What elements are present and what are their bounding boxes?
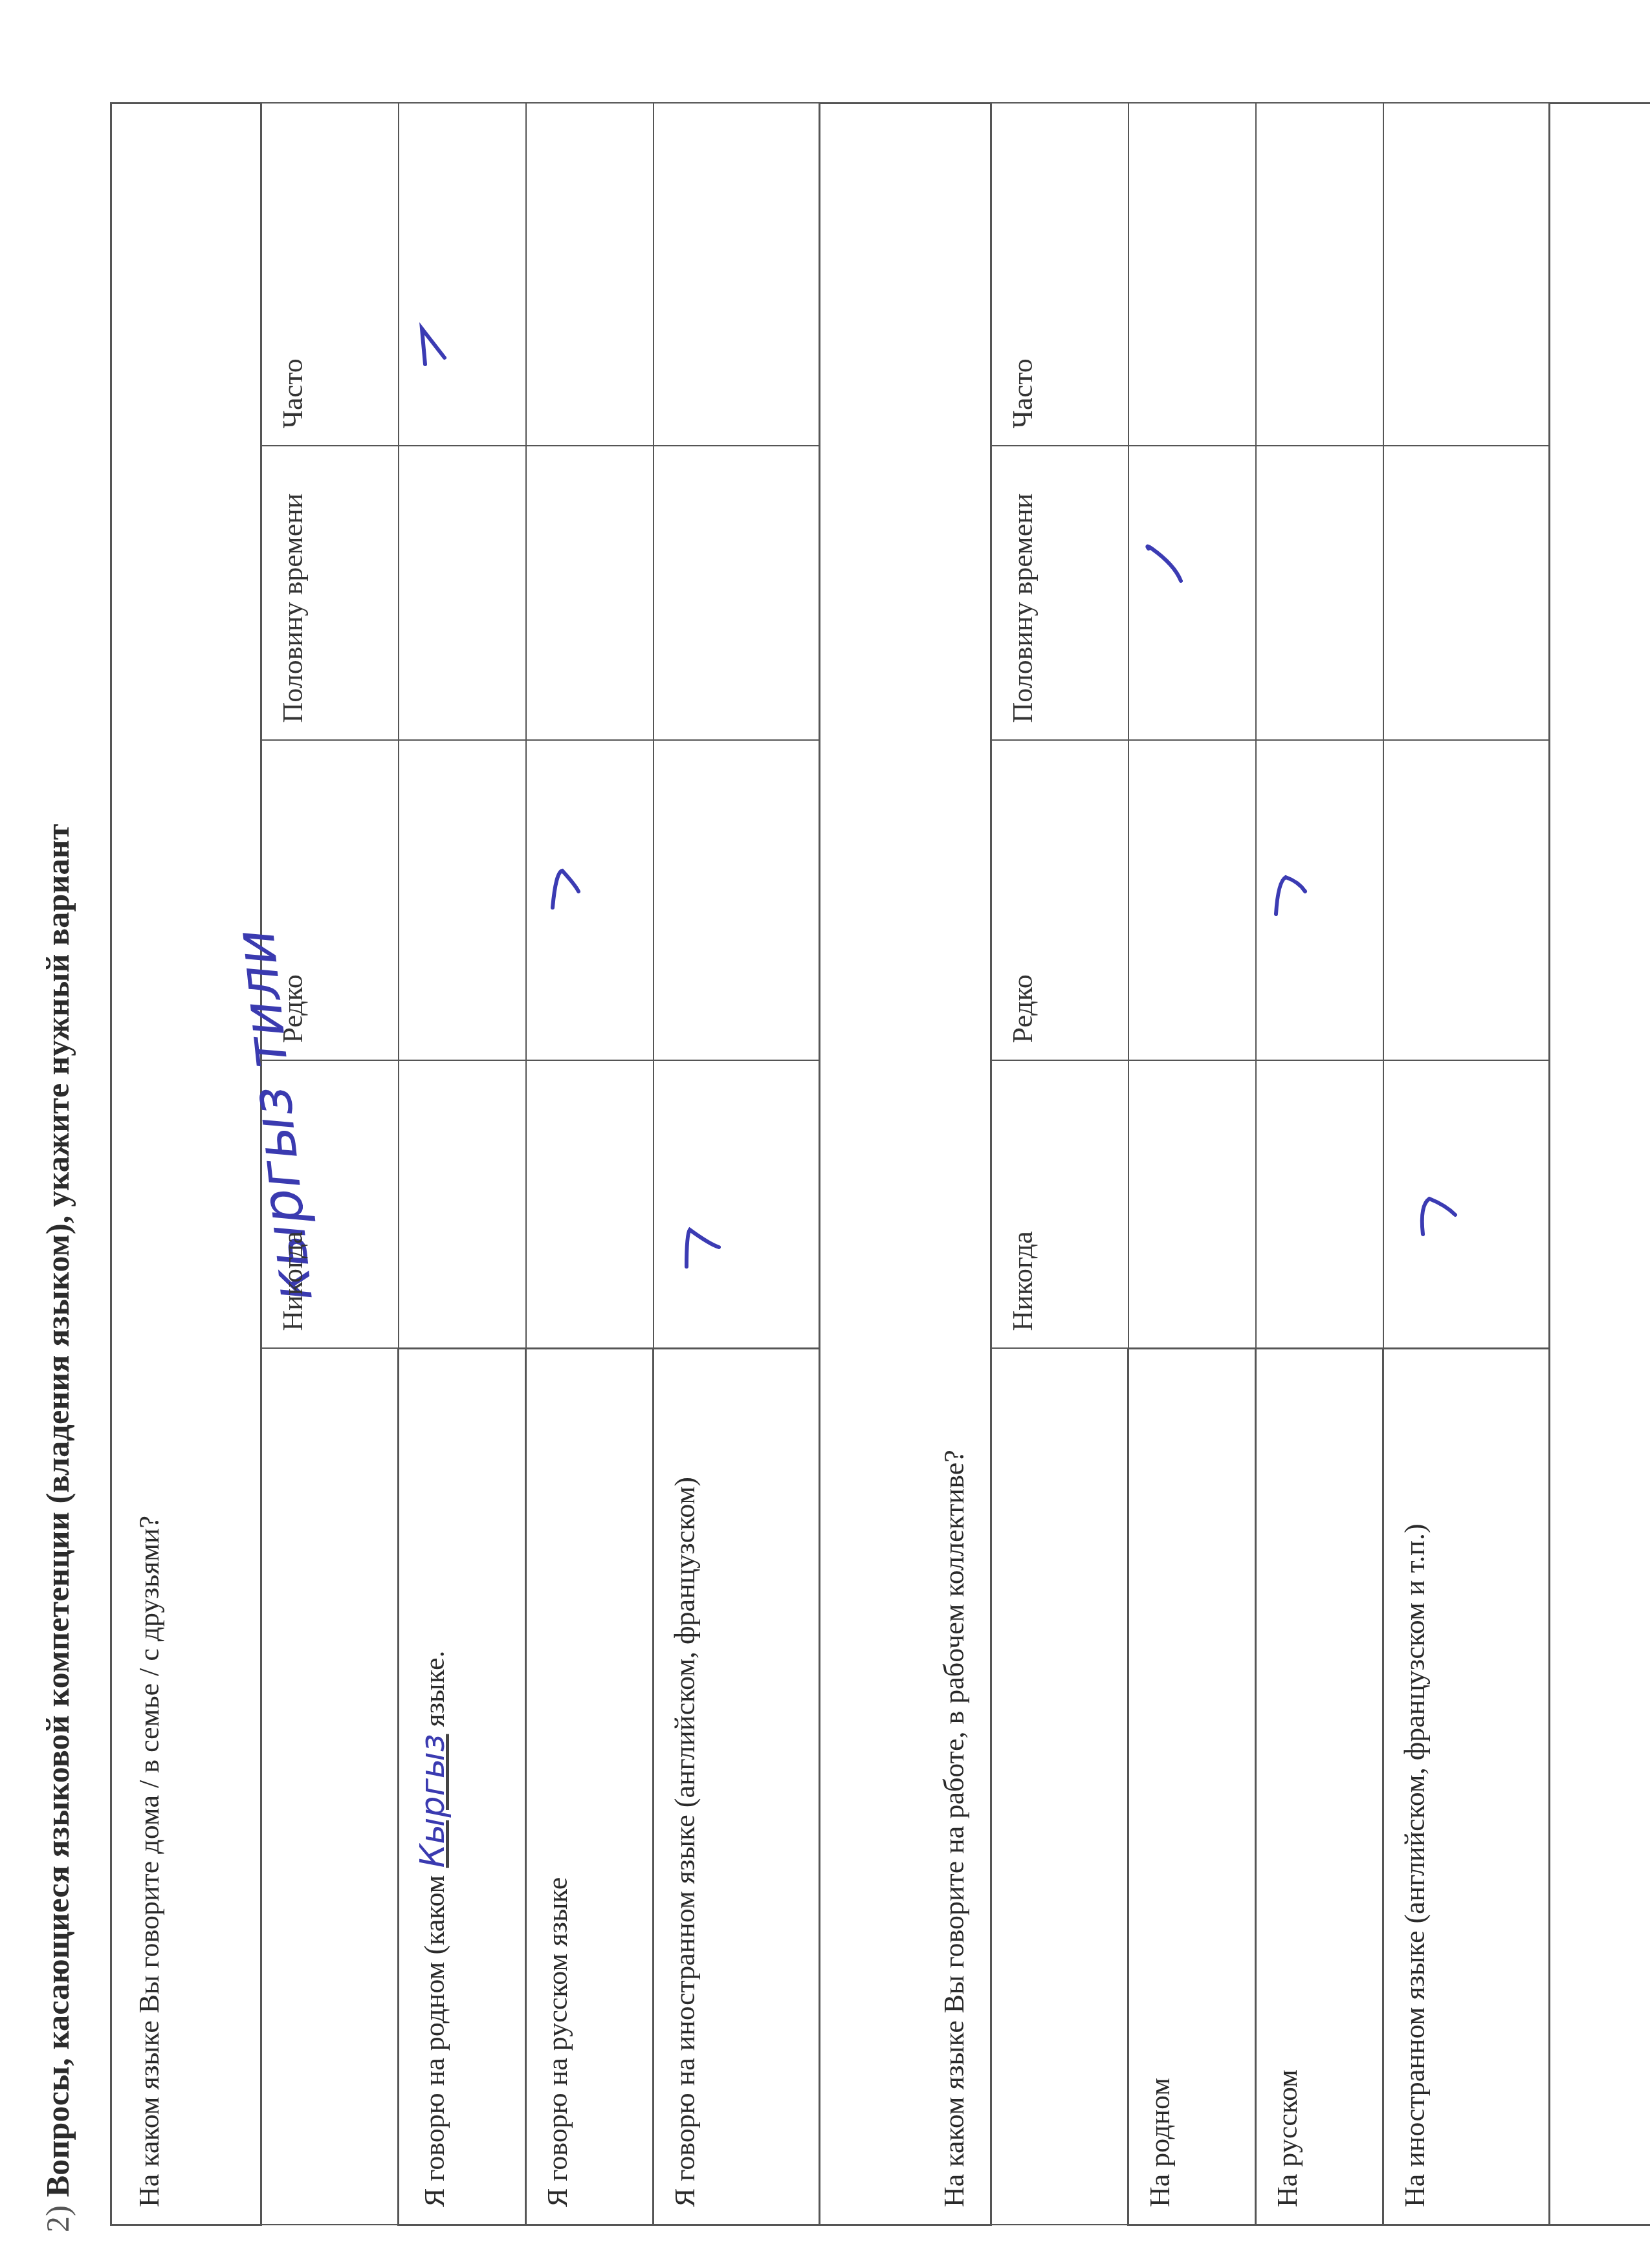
q1-foreign-rarely[interactable] [654, 741, 820, 1061]
language-competence-table: На каком языке Вы говорите дома / в семь… [110, 102, 1650, 2226]
q2-native-half[interactable] [1128, 446, 1256, 741]
q1-native-never[interactable] [399, 1061, 526, 1349]
question1-header-row: Никогда Редко Половину времени Часто [261, 103, 399, 2225]
q1-row-foreign-label: Я говорю на иностранном языке (английско… [654, 1349, 820, 2225]
q1-row-native: Я говорю на родном (каком Кыргыз языке. [399, 103, 526, 2225]
section-title: 2) Вопросы, касающиеся языковой компетен… [39, 824, 76, 2233]
q2-row-native-label: На родном [1128, 1349, 1256, 2225]
question1-cell: На каком языке Вы говорите дома / в семь… [111, 103, 261, 2225]
checkmark-icon [419, 323, 464, 368]
q2-foreign-never[interactable] [1383, 1061, 1550, 1349]
questionnaire-page: 2) Вопросы, касающиеся языковой компетен… [0, 0, 1650, 2268]
question1-text: На каком языке Вы говорите дома / в семь… [126, 121, 166, 2207]
question2-text: На каком языке Вы говорите на работе, в … [931, 121, 971, 2207]
q1-header-half: Половину времени [261, 446, 399, 741]
q1-row-russian-label: Я говорю на русском языке [526, 1349, 654, 2225]
q2-header-blank [991, 1349, 1128, 2225]
q1-row-native-label: Я говорю на родном (каком Кыргыз языке. [399, 1349, 526, 2225]
q2-row-russian: На русском [1256, 103, 1383, 2225]
q2-header-half: Половину времени [991, 446, 1128, 741]
question2-header-row: Никогда Редко Половину времени Часто [991, 103, 1128, 2225]
section-number: 2) [39, 2205, 76, 2232]
q2-native-often[interactable] [1128, 103, 1256, 446]
q1-native-rarely[interactable] [399, 741, 526, 1061]
q1-native-half[interactable] [399, 446, 526, 741]
q1-header-blank [261, 1349, 399, 2225]
native-language-handwritten: Кыргыз [413, 1734, 452, 1868]
section-title-text: Вопросы, касающиеся языковой компетенции… [39, 824, 76, 2197]
q2-foreign-often[interactable] [1383, 103, 1550, 446]
q1-russian-rarely[interactable] [526, 741, 654, 1061]
q2-header-never: Никогда [991, 1061, 1128, 1349]
q2-russian-often[interactable] [1256, 103, 1383, 446]
q2-header-rarely: Редко [991, 741, 1128, 1061]
question2-row: На каком языке Вы говорите на работе, в … [820, 103, 991, 2225]
q1-russian-half[interactable] [526, 446, 654, 741]
q2-header-often: Часто [991, 103, 1128, 446]
question2-cell: На каком языке Вы говорите на работе, в … [820, 103, 991, 2225]
q2-row-russian-label: На русском [1256, 1349, 1383, 2225]
q2-row-foreign: На иностранном языке (английском, францу… [1383, 103, 1550, 2225]
q2-row-foreign-label: На иностранном языке (английском, францу… [1383, 1349, 1550, 2225]
q1-foreign-never[interactable] [654, 1061, 820, 1349]
q1-row-foreign: Я говорю на иностранном языке (английско… [654, 103, 820, 2225]
q2-row-native: На родном [1128, 103, 1256, 2225]
empty-row [1550, 103, 1650, 2225]
q2-russian-rarely[interactable] [1256, 741, 1383, 1061]
q2-russian-never[interactable] [1256, 1061, 1383, 1349]
q1-native-often[interactable] [399, 103, 526, 446]
checkmark-icon [1420, 1192, 1465, 1238]
q1-row-russian: Я говорю на русском языке [526, 103, 654, 2225]
checkmark-icon [683, 1225, 729, 1270]
q2-foreign-half[interactable] [1383, 446, 1550, 741]
checkmark-icon [1273, 873, 1318, 918]
checkmark-icon [1145, 540, 1191, 585]
checkmark-icon [549, 866, 595, 911]
q2-foreign-rarely[interactable] [1383, 741, 1550, 1061]
q1-foreign-often[interactable] [654, 103, 820, 446]
question1-row: На каком языке Вы говорите дома / в семь… [111, 103, 261, 2225]
q2-russian-half[interactable] [1256, 446, 1383, 741]
q1-header-rarely: Редко [261, 741, 399, 1061]
q1-header-often: Часто [261, 103, 399, 446]
q1-russian-often[interactable] [526, 103, 654, 446]
empty-cell [1550, 103, 1650, 2225]
q1-foreign-half[interactable] [654, 446, 820, 741]
q2-native-rarely[interactable] [1128, 741, 1256, 1061]
q1-header-never: Никогда [261, 1061, 399, 1349]
q1-russian-never[interactable] [526, 1061, 654, 1349]
q2-native-never[interactable] [1128, 1061, 1256, 1349]
